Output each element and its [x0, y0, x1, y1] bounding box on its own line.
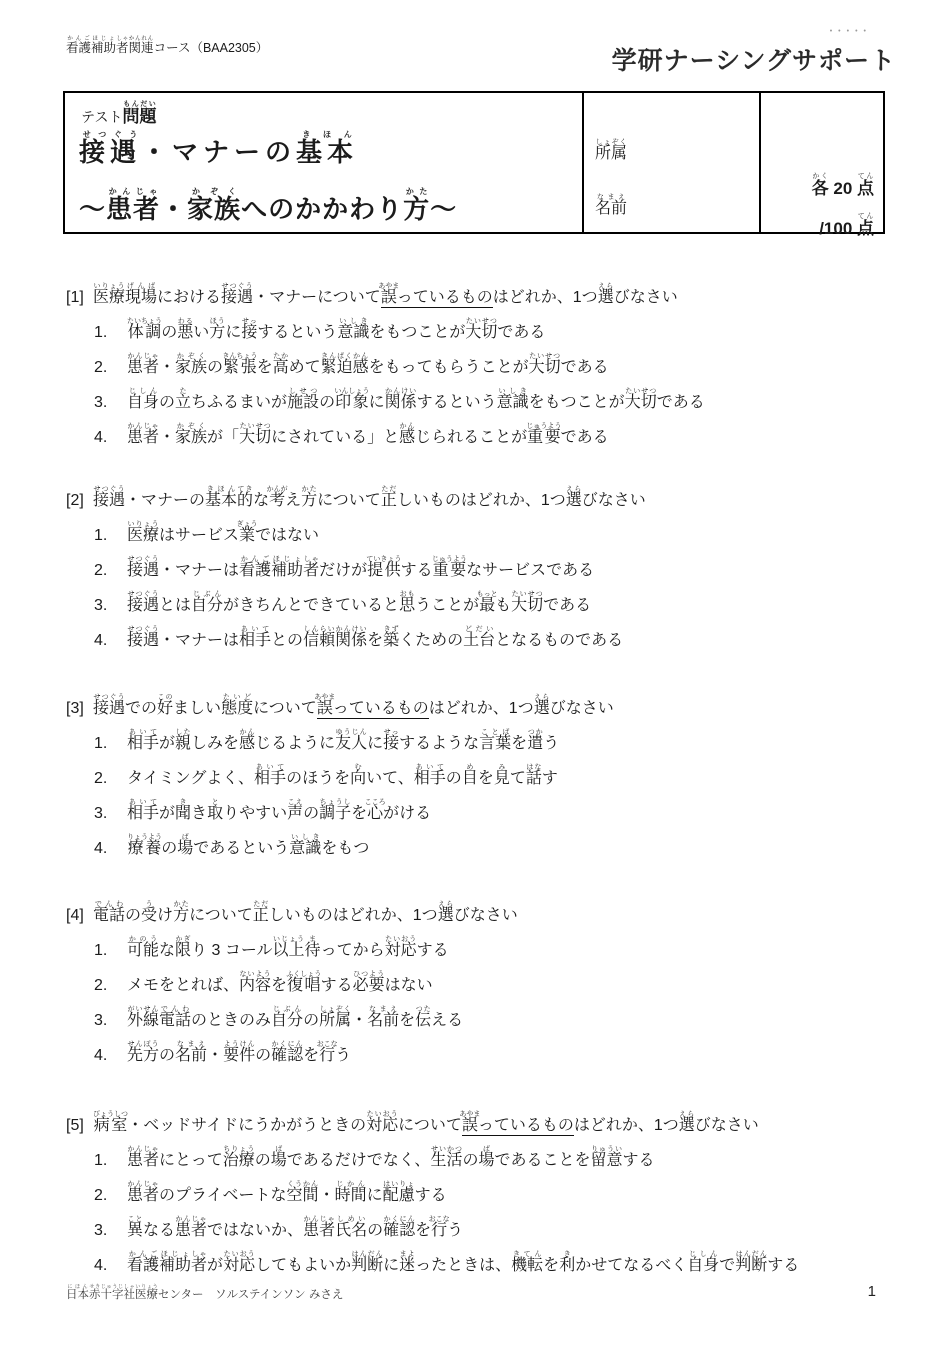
option-number: 3.: [94, 394, 127, 412]
option-row: 1. 可能かのうな限かぎり 3 コール以上いじょう待まってから対応たいおうする: [66, 925, 912, 960]
option-row: 4. 接遇せつぐう・マナーは相手あいてとの信頼しんらい関係かんけいを築きずくため…: [66, 615, 912, 650]
option-text: 患者かんじゃにとって治療ちりょうの場ばであるだけでなく、生活せいかつの場ばである…: [127, 1146, 655, 1170]
option-number: 4.: [94, 840, 127, 858]
question-block-4: [4] 電話でんわの受うけ方かたについて正ただしいものはどれか、1つ選えらびなさ…: [66, 890, 912, 1065]
department-field-label: 所属しょぞく: [595, 139, 627, 163]
option-number: 1.: [94, 324, 127, 342]
question-number: [4]: [66, 907, 93, 925]
option-number: 1.: [94, 527, 127, 545]
question-prompt-text: 病室びょうしつ・ベッドサイドにうかがうときの対応たいおうについて誤あやまっている…: [93, 1111, 759, 1135]
question-prompt: [3] 接遇せつぐうでの好このましい態度たいどについて誤あやまっているものはどれ…: [66, 683, 912, 718]
logo-dots-decoration: •••••: [830, 28, 872, 35]
option-number: 3.: [94, 1012, 127, 1030]
option-number: 3.: [94, 805, 127, 823]
option-number: 2.: [94, 1187, 127, 1205]
question-block-3: [3] 接遇せつぐうでの好このましい態度たいどについて誤あやまっているものはどれ…: [66, 683, 912, 858]
option-row: 4. 患者かんじゃ・家族かぞくが「大切たいせつにされている」と感かんじられること…: [66, 412, 912, 447]
test-type-main: 問題もんだい: [122, 107, 156, 126]
option-number: 2.: [94, 359, 127, 377]
option-number: 4.: [94, 1257, 127, 1275]
option-number: 3.: [94, 597, 127, 615]
option-row: 2. 患者かんじゃ・家族かぞくの緊張きんちょうを高たかめて緊迫感きんぱくかんをも…: [66, 342, 912, 377]
test-type-prefix: テスト: [81, 109, 122, 125]
option-text: 接遇せつぐう・マナーは相手あいてとの信頼しんらい関係かんけいを築きずくための土台…: [127, 626, 623, 650]
option-number: 1.: [94, 1152, 127, 1170]
question-number: [5]: [66, 1117, 93, 1135]
option-text: 医療いりょうはサービス業ぎょうではない: [127, 521, 319, 545]
question-block-5: [5] 病室びょうしつ・ベッドサイドにうかがうときの対応たいおうについて誤あやま…: [66, 1100, 912, 1275]
footer-credit: 日本にほん赤十字社せきじゅうじしゃ医療いりょうセンター ソルステインソン みさえ: [66, 1284, 343, 1302]
option-row: 4. 療養りょうようの場ばであるという意識いしきをもつ: [66, 823, 912, 858]
option-row: 4. 看護かんご補助ほじょ者しゃが対応たいおうしてもよいか判断はんだんに迷まよっ…: [66, 1240, 912, 1275]
total-points: /100 点てん: [819, 213, 874, 239]
question-prompt-text: 接遇せつぐうでの好このましい態度たいどについて誤あやまっているものはどれか、1つ…: [93, 694, 614, 718]
question-block-2: [2] 接遇せつぐう・マナーの基本きほん的てきな考かんがえ方かたについて正ただし…: [66, 475, 912, 650]
option-text: 患者かんじゃのプライベートな空間くうかん・時間じかんに配慮はいりょする: [127, 1181, 447, 1205]
option-row: 4. 先方せんぽうの名前なまえ・要件ようけんの確認かくにんを行おこなう: [66, 1030, 912, 1065]
option-text: 患者かんじゃ・家族かぞくの緊張きんちょうを高たかめて緊迫感きんぱくかんをもっても…: [127, 353, 609, 377]
option-text: 相手あいてが親したしみを感かんじるように友人ゆうじんに接せっするような言葉ことば…: [127, 729, 559, 753]
name-fields-cell: 所属しょぞく 名前なまえ: [582, 93, 759, 232]
test-document-page: 看護かんご補助ほじょ者しゃ関連かんれんコース（BAA2305） ••••• 学研…: [0, 0, 942, 1350]
points-per-question: 各かく 20 点てん: [812, 173, 874, 199]
option-row: 1. 相手あいてが親したしみを感かんじるように友人ゆうじんに接せっするような言葉…: [66, 718, 912, 753]
gakken-nursing-support-logo: 学研ナーシングサポート: [612, 41, 896, 77]
option-row: 3. 外線がいせん電話でんわのときのみ自分じぶんの所属しょぞく・名前なまえを伝つ…: [66, 995, 912, 1030]
option-text: 看護かんご補助ほじょ者しゃが対応たいおうしてもよいか判断はんだんに迷まよったとき…: [127, 1251, 799, 1275]
option-number: 1.: [94, 942, 127, 960]
option-text: 療養りょうようの場ばであるという意識いしきをもつ: [127, 834, 369, 858]
option-text: 相手あいてが聞きき取とりやすい声こえの調子ちょうしを心こころがける: [127, 799, 431, 823]
option-row: 1. 体調たいちょうの悪わるい方ほうに接せっするという意識いしきをもつことが大切…: [66, 307, 912, 342]
page-number: 1: [868, 1283, 876, 1300]
option-text: 体調たいちょうの悪わるい方ほうに接せっするという意識いしきをもつことが大切たいせ…: [127, 318, 545, 342]
option-text: 先方せんぽうの名前なまえ・要件ようけんの確認かくにんを行おこなう: [127, 1041, 351, 1065]
question-prompt: [1] 医療いりょう現場げんばにおける接遇せつぐう・マナーについて誤あやまってい…: [66, 272, 912, 307]
question-block-1: [1] 医療いりょう現場げんばにおける接遇せつぐう・マナーについて誤あやまってい…: [66, 272, 912, 447]
question-prompt: [5] 病室びょうしつ・ベッドサイドにうかがうときの対応たいおうについて誤あやま…: [66, 1100, 912, 1135]
option-row: 3. 相手あいてが聞きき取とりやすい声こえの調子ちょうしを心こころがける: [66, 788, 912, 823]
question-prompt-text: 接遇せつぐう・マナーの基本きほん的てきな考かんがえ方かたについて正ただしいものは…: [93, 486, 646, 510]
name-field-label: 名前なまえ: [595, 194, 627, 218]
question-prompt-text: 電話でんわの受うけ方かたについて正ただしいものはどれか、1つ選えらびなさい: [93, 901, 518, 925]
score-cell: 各かく 20 点てん /100 点てん: [759, 93, 883, 232]
option-row: 1. 医療いりょうはサービス業ぎょうではない: [66, 510, 912, 545]
option-text: 接遇せつぐうとは自分じぶんがきちんとできていると思おもうことが最もっとも大切たい…: [127, 591, 591, 615]
option-text: 可能かのうな限かぎり 3 コール以上いじょう待まってから対応たいおうする: [127, 936, 449, 960]
question-prompt-text: 医療いりょう現場げんばにおける接遇せつぐう・マナーについて誤あやまっているものは…: [93, 283, 678, 307]
option-text: 異ことなる患者かんじゃではないか、患者かんじゃ氏名しめいの確認かくにんを行おこな…: [127, 1216, 463, 1240]
option-number: 2.: [94, 562, 127, 580]
question-number: [3]: [66, 700, 93, 718]
option-number: 1.: [94, 735, 127, 753]
option-row: 2. メモをとれば、内容ないようを復唱ふくしょうする必要ひつようはない: [66, 960, 912, 995]
option-text: 接遇せつぐう・マナーは看護かんご補助ほじょ者しゃだけが提供ていきょうする重要じゅ…: [127, 556, 594, 580]
test-subtitle: ～患者かんじゃ・家族かぞくへのかかわり方かた～: [79, 187, 457, 226]
option-number: 3.: [94, 1222, 127, 1240]
option-row: 2. タイミングよく、相手あいてのほうを向むいて、相手あいての目めを見みて話はな…: [66, 753, 912, 788]
option-text: メモをとれば、内容ないようを復唱ふくしょうする必要ひつようはない: [127, 971, 433, 995]
question-prompt: [2] 接遇せつぐう・マナーの基本きほん的てきな考かんがえ方かたについて正ただし…: [66, 475, 912, 510]
option-number: 2.: [94, 977, 127, 995]
question-number: [2]: [66, 492, 93, 510]
option-row: 2. 接遇せつぐう・マナーは看護かんご補助ほじょ者しゃだけが提供ていきょうする重…: [66, 545, 912, 580]
option-number: 4.: [94, 1047, 127, 1065]
option-row: 2. 患者かんじゃのプライベートな空間くうかん・時間じかんに配慮はいりょする: [66, 1170, 912, 1205]
title-cell: テスト問題もんだい 接遇せつぐう・マナーの基本きほん ～患者かんじゃ・家族かぞく…: [65, 93, 582, 232]
question-prompt: [4] 電話でんわの受うけ方かたについて正ただしいものはどれか、1つ選えらびなさ…: [66, 890, 912, 925]
option-row: 3. 自身じしんの立たちふるまいが施設しせつの印象いんしょうに関係かんけいすると…: [66, 377, 912, 412]
question-number: [1]: [66, 289, 93, 307]
test-title: 接遇せつぐう・マナーの基本きほん: [79, 130, 358, 169]
option-text: 外線がいせん電話でんわのときのみ自分じぶんの所属しょぞく・名前なまえを伝つたえる: [127, 1006, 463, 1030]
option-number: 4.: [94, 429, 127, 447]
test-type-label: テスト問題もんだい: [81, 101, 156, 127]
option-text: タイミングよく、相手あいてのほうを向むいて、相手あいての目めを見みて話はなす: [127, 764, 558, 788]
option-text: 自身じしんの立たちふるまいが施設しせつの印象いんしょうに関係かんけいするという意…: [127, 388, 705, 412]
option-number: 4.: [94, 632, 127, 650]
course-code-label: 看護かんご補助ほじょ者しゃ関連かんれんコース（BAA2305）: [66, 36, 268, 56]
option-number: 2.: [94, 770, 127, 788]
option-text: 患者かんじゃ・家族かぞくが「大切たいせつにされている」と感かんじられることが重要…: [127, 423, 609, 447]
test-info-table: テスト問題もんだい 接遇せつぐう・マナーの基本きほん ～患者かんじゃ・家族かぞく…: [63, 91, 885, 234]
option-row: 1. 患者かんじゃにとって治療ちりょうの場ばであるだけでなく、生活せいかつの場ば…: [66, 1135, 912, 1170]
option-row: 3. 接遇せつぐうとは自分じぶんがきちんとできていると思おもうことが最もっとも大…: [66, 580, 912, 615]
option-row: 3. 異ことなる患者かんじゃではないか、患者かんじゃ氏名しめいの確認かくにんを行…: [66, 1205, 912, 1240]
